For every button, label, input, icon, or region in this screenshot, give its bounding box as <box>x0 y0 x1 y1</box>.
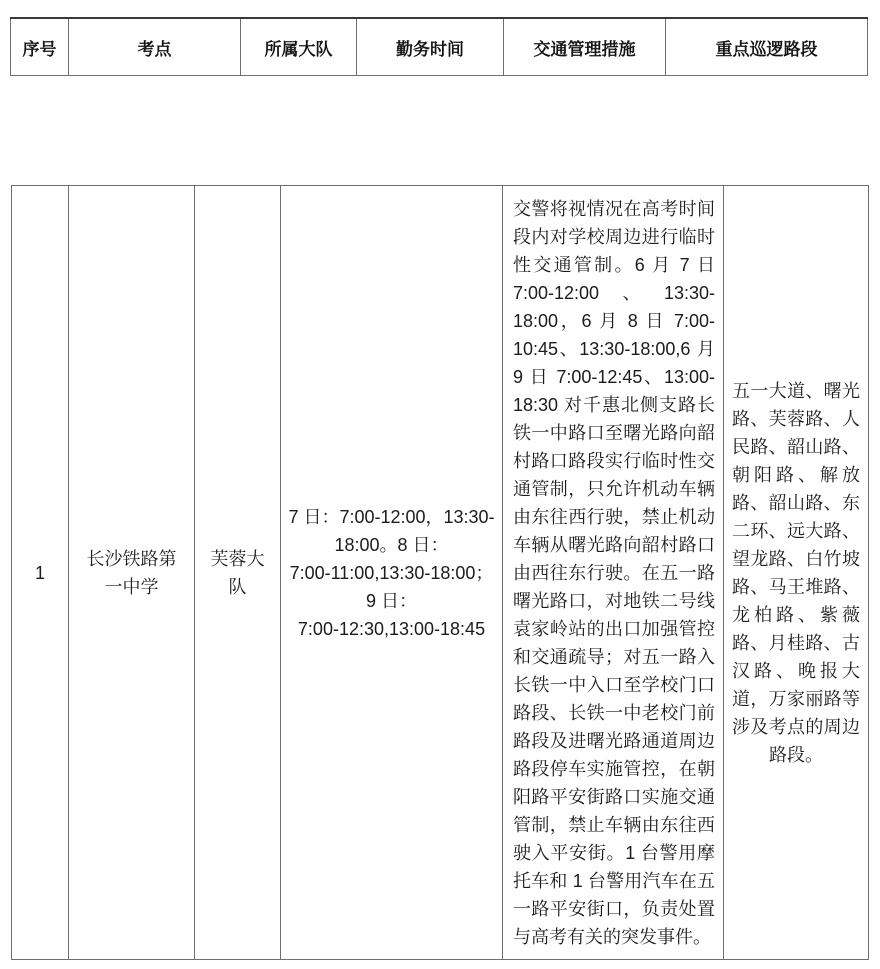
traffic-measures-cell: 交警将视情况在高考时间段内对学校周边进行临时性交通管制。6 月 7 日 7:00… <box>503 186 724 960</box>
duty-time-cell: 7 日：7:00-12:00，13:30- 18:00。8 日： 7:00-11… <box>281 186 503 960</box>
exam-traffic-table-header: 序号 考点 所属大队 勤务时间 交通管理措施 重点巡逻路段 <box>10 17 868 76</box>
seq-cell: 1 <box>12 186 69 960</box>
header-seq: 序号 <box>11 18 69 76</box>
header-patrol-sections: 重点巡逻路段 <box>666 18 868 76</box>
brigade-cell: 芙蓉大队 <box>195 186 281 960</box>
header-brigade: 所属大队 <box>241 18 357 76</box>
header-exam-site: 考点 <box>69 18 241 76</box>
patrol-sections-cell: 五一大道、曙光路、芙蓉路、人民路、韶山路、朝阳路、解放路、韶山路、东二环、远大路… <box>724 186 869 960</box>
header-duty-time: 勤务时间 <box>357 18 504 76</box>
header-row: 序号 考点 所属大队 勤务时间 交通管理措施 重点巡逻路段 <box>11 18 868 76</box>
exam-traffic-table-body: 1 长沙铁路第一中学 芙蓉大队 7 日：7:00-12:00，13:30- 18… <box>11 185 869 960</box>
exam-site-cell: 长沙铁路第一中学 <box>69 186 195 960</box>
header-traffic-measures: 交通管理措施 <box>504 18 666 76</box>
table-row: 1 长沙铁路第一中学 芙蓉大队 7 日：7:00-12:00，13:30- 18… <box>12 186 869 960</box>
